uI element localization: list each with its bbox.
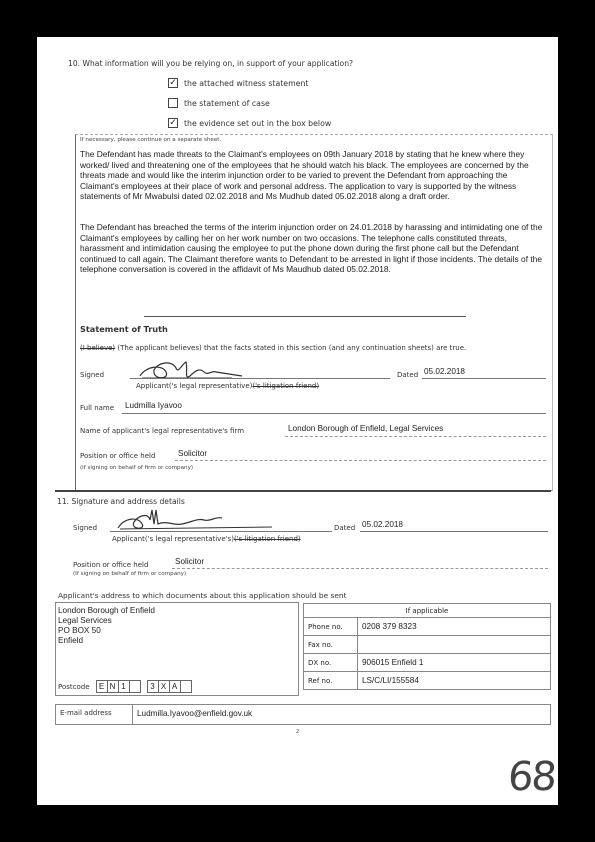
section-separator bbox=[55, 490, 551, 492]
fax-value[interactable] bbox=[358, 636, 551, 654]
position-label-11: Position or office held bbox=[73, 561, 148, 569]
struck-role: ('s litigation friend) bbox=[252, 382, 319, 390]
statement-of-truth-text: (I believe) (The applicant believes) tha… bbox=[80, 344, 466, 352]
address-lines: London Borough of Enfield Legal Services… bbox=[58, 606, 155, 646]
address-line: Legal Services bbox=[58, 616, 155, 626]
table-row: Fax no. bbox=[304, 636, 551, 654]
dated-label-11: Dated bbox=[334, 524, 355, 532]
email-label: E-mail address bbox=[56, 705, 133, 724]
contact-heading: If applicable bbox=[304, 604, 551, 618]
position-line bbox=[175, 460, 546, 461]
evidence-paragraph-2: The Defendant has breached the terms of … bbox=[80, 222, 546, 275]
truth-text: (The applicant believes) that the facts … bbox=[115, 344, 466, 352]
position-value-11[interactable]: Solicitor bbox=[175, 557, 204, 566]
option-label: the evidence set out in the box below bbox=[184, 119, 331, 128]
firm-value[interactable]: London Borough of Enfield, Legal Service… bbox=[288, 424, 443, 433]
position-label: Position or office held bbox=[80, 452, 155, 460]
option-label: the statement of case bbox=[184, 99, 270, 108]
dated-value: 05.02.2018 bbox=[424, 367, 465, 376]
struck-role: ('s litigation friend) bbox=[234, 535, 301, 543]
postcode-cell[interactable] bbox=[180, 680, 192, 693]
signed-label: Signed bbox=[80, 371, 104, 379]
address-line: London Borough of Enfield bbox=[58, 606, 155, 616]
role-text: Applicant('s legal representative) bbox=[136, 382, 252, 390]
full-name-value[interactable]: Ludmilla Iyavoo bbox=[125, 401, 182, 410]
checkbox-checked-icon[interactable]: ✓ bbox=[168, 118, 178, 128]
firm-line bbox=[285, 436, 546, 437]
address-line: Enfield bbox=[58, 636, 155, 646]
option-statement-of-case[interactable]: the statement of case bbox=[168, 98, 270, 108]
email-value[interactable]: Ludmilla.Iyavoo@enfield.gov.uk bbox=[133, 705, 252, 724]
fax-label: Fax no. bbox=[304, 636, 358, 654]
address-line: PO BOX 50 bbox=[58, 626, 155, 636]
dated-line bbox=[422, 378, 546, 379]
signature-icon bbox=[132, 358, 252, 384]
option-witness-statement[interactable]: ✓ the attached witness statement bbox=[168, 78, 308, 88]
checkbox-unchecked-icon[interactable] bbox=[168, 98, 178, 108]
ref-label: Ref no. bbox=[304, 672, 358, 690]
question-10: 10. What information will you be relying… bbox=[68, 59, 353, 68]
firm-label: Name of applicant's legal representative… bbox=[80, 427, 244, 435]
struck-text: (I believe) bbox=[80, 344, 115, 352]
section-11-heading: 11. Signature and address details bbox=[57, 497, 185, 506]
table-row: DX no. 906015 Enfield 1 bbox=[304, 654, 551, 672]
checkbox-checked-icon[interactable]: ✓ bbox=[168, 78, 178, 88]
signatory-role: Applicant('s legal representative)('s li… bbox=[136, 382, 319, 390]
table-row: Ref no. LS/C/LI/155584 bbox=[304, 672, 551, 690]
position-value[interactable]: Solicitor bbox=[178, 449, 207, 458]
dated-line-11 bbox=[360, 531, 548, 532]
divider bbox=[144, 316, 466, 317]
email-field[interactable]: E-mail address Ludmilla.Iyavoo@enfield.g… bbox=[55, 704, 551, 725]
signature-line-11 bbox=[110, 531, 332, 532]
evidence-paragraph-1: The Defendant has made threats to the Cl… bbox=[80, 149, 546, 202]
dx-label: DX no. bbox=[304, 654, 358, 672]
handwritten-page-number: 68 bbox=[506, 754, 556, 800]
dx-value[interactable]: 906015 Enfield 1 bbox=[358, 654, 551, 672]
phone-value[interactable]: 0208 379 8323 bbox=[358, 618, 551, 636]
position-note: (if signing on behalf of firm or company… bbox=[80, 465, 193, 471]
position-line-11 bbox=[172, 568, 548, 569]
statement-of-truth-heading: Statement of Truth bbox=[80, 324, 168, 334]
option-evidence-below[interactable]: ✓ the evidence set out in the box below bbox=[168, 118, 331, 128]
postcode-label: Postcode bbox=[58, 683, 90, 691]
dated-value-11: 05.02.2018 bbox=[362, 520, 403, 529]
ref-value[interactable]: LS/C/LI/155584 bbox=[358, 672, 551, 690]
full-name-line bbox=[122, 413, 546, 414]
postcode-cell[interactable] bbox=[129, 680, 141, 693]
contact-table: If applicable Phone no. 0208 379 8323 Fa… bbox=[303, 603, 551, 690]
full-name-label: Full name bbox=[80, 404, 114, 412]
signature-line bbox=[130, 378, 390, 379]
dated-label: Dated bbox=[397, 371, 418, 379]
address-heading: Applicant's address to which documents a… bbox=[58, 591, 347, 600]
role-text: Applicant('s legal representative's) bbox=[112, 535, 234, 543]
phone-label: Phone no. bbox=[304, 618, 358, 636]
option-label: the attached witness statement bbox=[184, 79, 308, 88]
page-number: 2 bbox=[296, 729, 299, 735]
signed-label-11: Signed bbox=[73, 524, 97, 532]
signatory-role-11: Applicant('s legal representative's)('s … bbox=[112, 535, 301, 543]
position-note-11: (If signing on behalf of firm or company… bbox=[73, 571, 186, 577]
table-row: Phone no. 0208 379 8323 bbox=[304, 618, 551, 636]
postcode-field[interactable]: Postcode E N 1 3 X A bbox=[58, 680, 191, 693]
continue-note: If necessary, please continue on a separ… bbox=[80, 137, 221, 143]
